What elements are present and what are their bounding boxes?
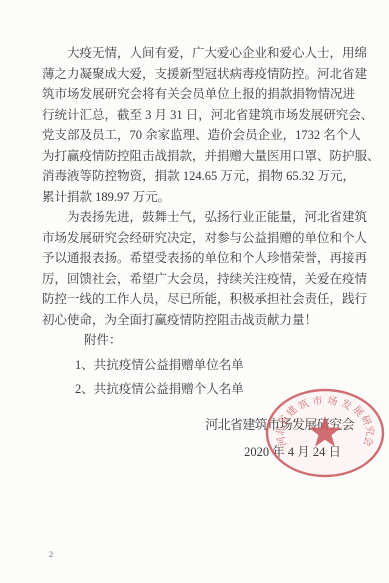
paragraph-2: 为表扬先进，鼓舞士气，弘扬行业正能量，河北省建筑 市场发展研究会经研究决定，对参… <box>42 207 355 330</box>
document-page: 大疫无情，人间有爱，广大爱心企业和爱心人士，用绵 薄之力凝聚成大爱，支援新型冠状… <box>0 0 389 583</box>
text-line: 筑市场发展研究会将有关会员单位上报的捐款捐物情况进 <box>42 84 355 105</box>
text-line: 为打赢疫情防控阻击战捐款，并捐赠大量医用口罩、防护服、 <box>42 146 355 167</box>
text-line: 厉，回馈社会，希望广大会员，持续关注疫情，关爱在疫情 <box>42 269 355 290</box>
text-line: 累计捐款 189.97 万元。 <box>42 187 355 208</box>
text-line: 消毒液等防控物资，捐款 124.65 万元，捐物 65.32 万元， <box>42 166 355 187</box>
attachment-item: 1、共抗疫情公益捐赠单位名单 <box>42 353 355 378</box>
text-line: 行统计汇总，截至 3 月 31 日，河北省建筑市场发展研究会、 <box>42 105 355 126</box>
document-body: 大疫无情，人间有爱，广大爱心企业和爱心人士，用绵 薄之力凝聚成大爱，支援新型冠状… <box>42 43 355 402</box>
text-line: 市场发展研究会经研究决定，对参与公益捐赠的单位和个人 <box>42 228 355 249</box>
text-line: 予以通报表扬。希望受表扬的单位和个人珍惜荣誉，再接再 <box>42 248 355 269</box>
paragraph-1: 大疫无情，人间有爱，广大爱心企业和爱心人士，用绵 薄之力凝聚成大爱，支援新型冠状… <box>42 43 355 207</box>
page-number: 2 <box>49 550 53 559</box>
text-line: 为表扬先进，鼓舞士气，弘扬行业正能量，河北省建筑 <box>42 207 355 228</box>
official-seal-icon: 河北省建筑市场发展研究会 <box>263 386 387 480</box>
text-line: 薄之力凝聚成大爱，支援新型冠状病毒疫情防控。河北省建 <box>42 64 355 85</box>
attachments-label: 附件： <box>42 328 355 353</box>
text-line: 防控一线的工作人员，尽已所能，积极承担社会责任，践行 <box>42 289 355 310</box>
text-line: 党支部及员工，70 余家监理、造价会员企业，1732 名个人 <box>42 125 355 146</box>
text-line: 初心使命，为全面打赢疫情防控阻击战贡献力量！ <box>42 310 355 331</box>
text-line: 大疫无情，人间有爱，广大爱心企业和爱心人士，用绵 <box>42 43 355 64</box>
